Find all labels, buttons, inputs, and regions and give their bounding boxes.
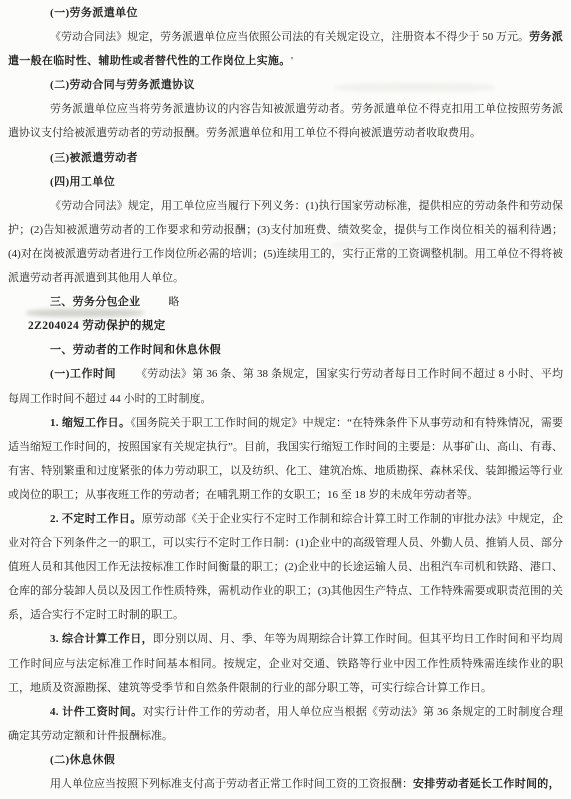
heading-labor-subcontract-enterprise: 三、劳务分包企业略	[8, 290, 563, 314]
scan-apostrophe-mark: '	[291, 55, 294, 67]
heading-labor-contract-dispatch-agreement: (二)劳动合同与劳务派遣协议	[8, 73, 563, 97]
omitted-label: 略	[168, 296, 179, 308]
para-text: 《劳动合同法》规定，用工单位应当履行下列义务：(1)执行国家劳动标准，提供相应的…	[8, 200, 563, 284]
para-dispatch-unit-rule: 《劳动合同法》规定，劳务派遣单位应当依照公司法的有关规定设立，注册资本不得少于 …	[8, 25, 563, 73]
para-text: 用人单位应当按照下列标准支付高于劳动者正常工作时间工资的工资报酬：	[50, 778, 413, 790]
para-employing-unit-duties: 《劳动合同法》规定，用工单位应当履行下列义务：(1)执行国家劳动标准，提供相应的…	[8, 194, 563, 290]
para-work-time: (一)工作时间《劳动法》第 36 条、第 38 条规定，国家实行劳动者每日工作时…	[8, 362, 563, 410]
document-page: (一)劳务派遣单位 《劳动合同法》规定，劳务派遣单位应当依照公司法的有关规定设立…	[0, 0, 571, 799]
para-lead-bold: 2. 不定时工作日。	[50, 513, 142, 525]
para-dispatch-agreement: 劳务派遣单位应当将劳务派遣协议的内容告知被派遣劳动者。劳务派遣单位不得克扣用工单…	[8, 97, 563, 145]
para-flexible-workday: 2. 不定时工作日。原劳动部《关于企业实行不定时工作制和综合计算工时工作制的审批…	[8, 507, 563, 627]
heading-text: 三、劳务分包企业	[50, 296, 140, 308]
para-piecework-time: 4. 计件工资时间。对实行计件工作的劳动者，用人单位应当根据《劳动法》第 36 …	[8, 700, 563, 748]
para-bold-text: 安排劳动者延长工作时间的，	[413, 778, 560, 790]
para-overtime-pay: 用人单位应当按照下列标准支付高于劳动者正常工作时间工资的工资报酬：安排劳动者延长…	[8, 772, 563, 796]
para-text: 《国务院关于职工工作时间的规定》中规定：“在特殊条件下从事劳动和有特殊情况，需要…	[8, 417, 563, 501]
para-lead-bold: 4. 计件工资时间。	[50, 706, 143, 718]
para-lead-bold: (一)工作时间	[50, 368, 116, 380]
para-shortened-workday: 1. 缩短工作日。《国务院关于职工工作时间的规定》中规定：“在特殊条件下从事劳动…	[8, 411, 563, 507]
para-comprehensive-workday: 3. 综合计算工作日，即分别以周、月、季、年等为周期综合计算工作时间。但其平均日…	[8, 627, 563, 699]
para-text: 原劳动部《关于企业实行不定时工作制和综合计算工时工作制的审批办法》中规定，企业对…	[8, 513, 563, 621]
heading-rest-and-leave: (二)休息休假	[8, 748, 563, 772]
heading-work-time-and-rest: 一、劳动者的工作时间和休息休假	[8, 338, 563, 362]
para-lead-bold: 3. 综合计算工作日，	[50, 633, 153, 645]
heading-dispatched-worker: (三)被派遣劳动者	[8, 146, 563, 170]
heading-labor-dispatch-unit: (一)劳务派遣单位	[8, 1, 563, 25]
heading-employing-unit: (四)用工单位	[8, 170, 563, 194]
para-lead-bold: 1. 缩短工作日。	[50, 417, 130, 429]
para-text: 《劳动合同法》规定，劳务派遣单位应当依照公司法的有关规定设立，注册资本不得少于 …	[50, 31, 529, 43]
para-text: 劳务派遣单位应当将劳务派遣协议的内容告知被派遣劳动者。劳务派遣单位不得克扣用工单…	[8, 103, 563, 139]
section-heading-2z204024: 2Z204024 劳动保护的规定	[8, 314, 563, 338]
